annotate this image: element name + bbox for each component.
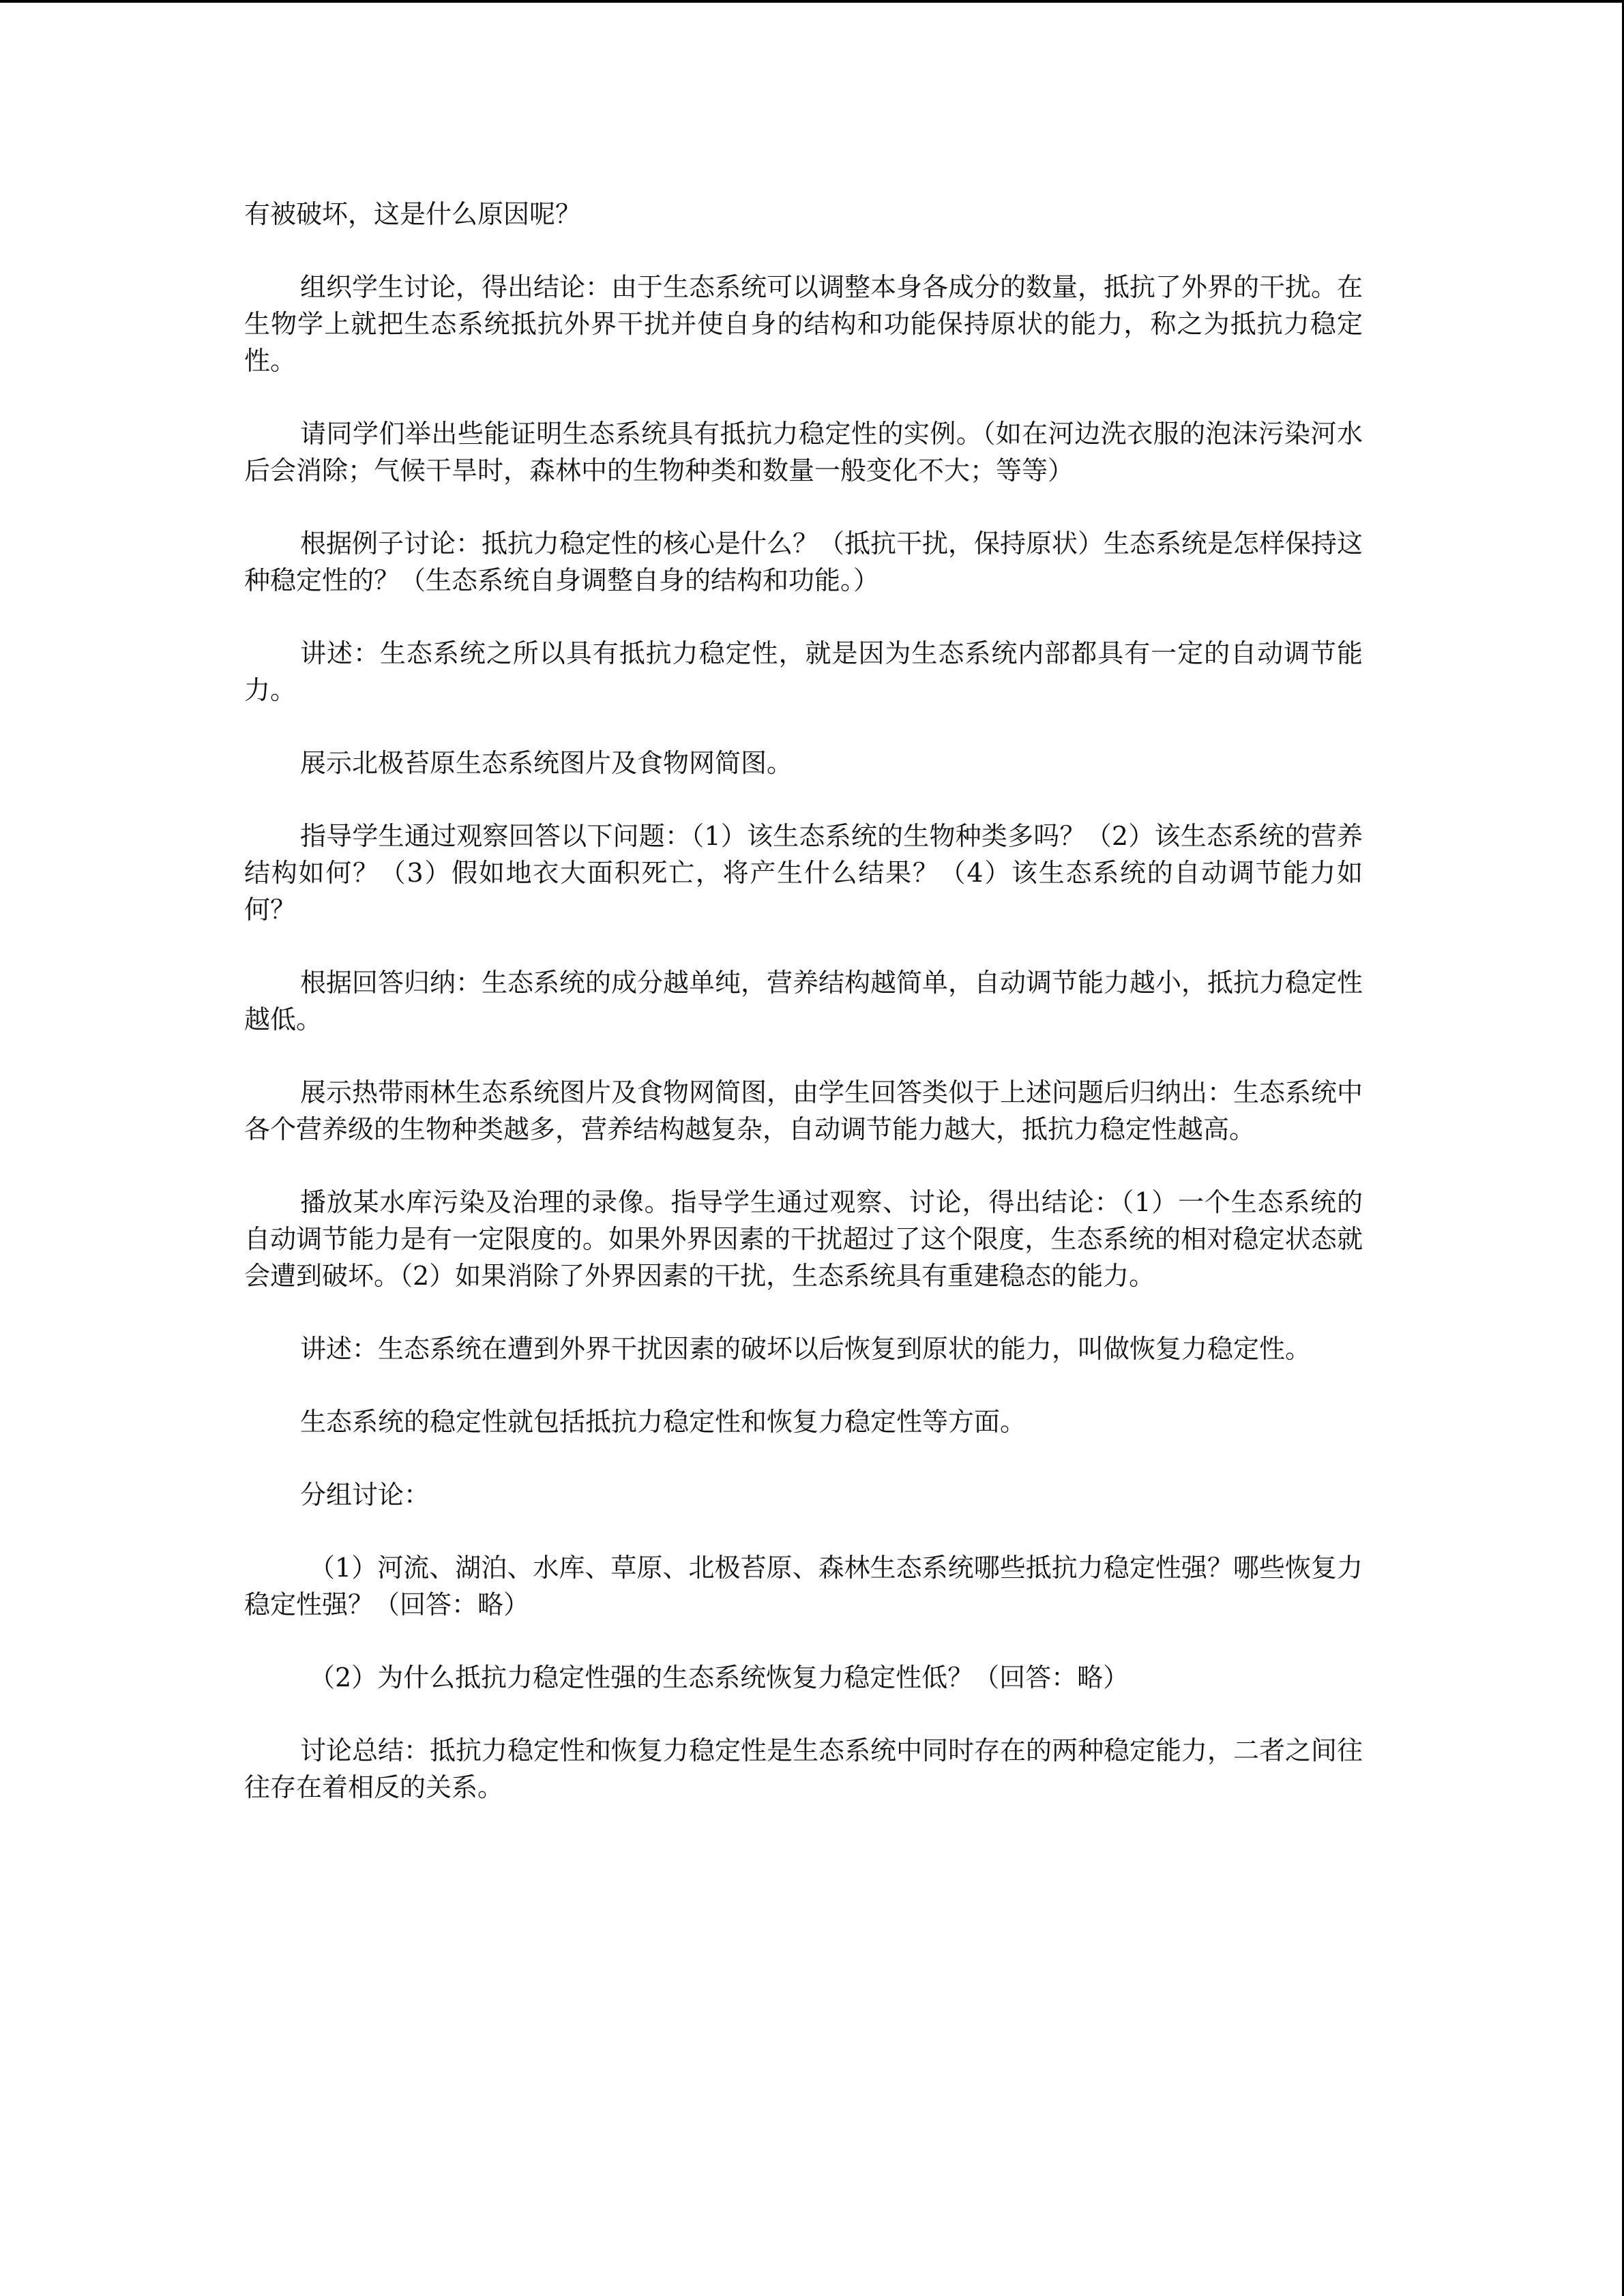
paragraph-continuation: 有被破坏，这是什么原因呢？ — [244, 196, 1363, 233]
paragraph-summary-simple: 根据回答归纳：生态系统的成分越单纯，营养结构越简单，自动调节能力越小，抵抗力稳定… — [244, 964, 1363, 1038]
paragraph-stability-types: 生态系统的稳定性就包括抵抗力稳定性和恢复力稳定性等方面。 — [244, 1403, 1363, 1440]
paragraph-tundra-display: 展示北极苔原生态系统图片及食物网简图。 — [244, 745, 1363, 781]
paragraph-discussion-question-2: （2）为什么抵抗力稳定性强的生态系统恢复力稳定性低？（回答：略） — [244, 1659, 1363, 1696]
paragraph-discussion-summary: 讨论总结：抵抗力稳定性和恢复力稳定性是生态系统中同时存在的两种稳定能力，二者之间… — [244, 1732, 1363, 1806]
paragraph-reservoir-video: 播放某水库污染及治理的录像。指导学生通过观察、讨论，得出结论：（1）一个生态系统… — [244, 1184, 1363, 1294]
document-page: 有被破坏，这是什么原因呢？ 组织学生讨论，得出结论：由于生态系统可以调整本身各成… — [0, 0, 1624, 2296]
paragraph-discussion-conclusion: 组织学生讨论，得出结论：由于生态系统可以调整本身各成分的数量，抵抗了外界的干扰。… — [244, 269, 1363, 379]
paragraph-lecture-self-regulation: 讲述：生态系统之所以具有抵抗力稳定性，就是因为生态系统内部都具有一定的自动调节能… — [244, 635, 1363, 709]
document-body: 有被破坏，这是什么原因呢？ 组织学生讨论，得出结论：由于生态系统可以调整本身各成… — [244, 196, 1363, 1842]
paragraph-lecture-resilience: 讲述：生态系统在遭到外界干扰因素的破坏以后恢复到原状的能力，叫做恢复力稳定性。 — [244, 1330, 1363, 1367]
paragraph-core-question: 根据例子讨论：抵抗力稳定性的核心是什么？（抵抗干扰，保持原状）生态系统是怎样保持… — [244, 525, 1363, 599]
paragraph-group-discussion-heading: 分组讨论： — [244, 1476, 1363, 1513]
paragraph-guiding-questions: 指导学生通过观察回答以下问题：（1）该生态系统的生物种类多吗？（2）该生态系统的… — [244, 818, 1363, 928]
paragraph-examples: 请同学们举出些能证明生态系统具有抵抗力稳定性的实例。（如在河边洗衣服的泡沫污染河… — [244, 415, 1363, 489]
paragraph-discussion-question-1: （1）河流、湖泊、水库、草原、北极苔原、森林生态系统哪些抵抗力稳定性强？哪些恢复… — [244, 1549, 1363, 1623]
paragraph-rainforest-display: 展示热带雨林生态系统图片及食物网简图，由学生回答类似于上述问题后归纳出：生态系统… — [244, 1074, 1363, 1148]
